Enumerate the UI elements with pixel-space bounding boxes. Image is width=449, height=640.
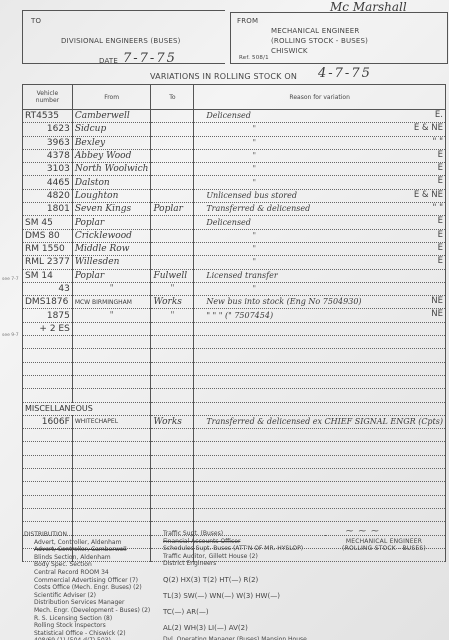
distribution-entry: Central Record ROOM 34 [34,569,150,577]
reason-text: Unlicensed bus stored [206,191,297,200]
cell-reason: Licensed transfer [194,269,446,282]
cell-vehicle-number: 1606F [23,415,73,428]
cell-vehicle-number: SM 45 [23,216,73,229]
cell-reason [194,455,446,468]
cell-to: Poplar [151,203,194,216]
cell-reason [194,402,446,415]
table-row: SM 14PoplarFulwellLicensed transfer [23,269,446,282]
from-box: FROM MECHANICAL ENGINEER (ROLLING STOCK … [230,12,448,64]
cell-to [151,242,194,255]
cell-from: Poplar [72,269,151,282]
table-row: DMS1876MCW BIRMINGHAMWorksNew bus into s… [23,296,446,309]
cell-reason [194,375,446,388]
cell-vehicle-number [23,455,73,468]
table-row: 3963Bexley"" " [23,136,446,149]
distribution-entry: Commercial Advertising Officer (7) [34,577,150,585]
cell-from [72,442,151,455]
distribution-entry: Scientific Adviser (2) [34,592,150,600]
cell-to [151,176,194,189]
cell-from [72,455,151,468]
reason-text: Licensed transfer [206,271,277,280]
variation-code: E [438,150,443,160]
from-line-2: (ROLLING STOCK - BUSES) [271,37,368,45]
table-row [23,482,446,495]
cell-from [72,336,151,349]
cell-from: Middle Row [72,242,151,255]
cell-to [151,256,194,269]
reason-text: Delicensed [206,111,251,120]
variation-code: " " [432,137,443,147]
cell-to [151,229,194,242]
reason-text: " [252,178,256,187]
cell-from [72,495,151,508]
cell-reason [194,442,446,455]
cell-from [72,322,151,335]
variation-code: E [438,230,443,240]
table-row: 4820LoughtonUnlicensed bus storedE & NE [23,189,446,202]
reason-text: Delicensed [206,218,251,227]
table-row: 4465Dalston"E [23,176,446,189]
cell-vehicle-number [23,429,73,442]
cell-from [72,389,151,402]
variation-code: NE [431,309,443,319]
distribution-entry: Financial Accounts Officer [163,538,307,546]
distribution-entry: Advert, Controller, Aldenham [34,539,150,547]
cell-to [151,495,194,508]
cell-vehicle-number: RM 1550 [23,242,73,255]
variation-code: E & NE [414,190,443,200]
variation-code: NE [431,296,443,306]
column-header-reason: Reason for variation [194,85,446,110]
variations-table: Vehicle number From To Reason for variat… [22,84,446,562]
table-row: 1801Seven KingsPoplarTransferred & delic… [23,203,446,216]
variation-code: E [438,256,443,266]
variation-code: E [438,163,443,173]
from-line-3: CHISWICK [271,47,308,55]
cell-from: North Woolwich [72,163,151,176]
section-label: MISCELLANEOUS [23,402,151,415]
cell-reason: "" " [194,136,446,149]
cell-reason [194,389,446,402]
handwritten-note: Mc Marshall [330,0,407,14]
cell-reason [194,322,446,335]
cell-vehicle-number: DMS 80 [23,229,73,242]
cell-vehicle-number: 3103 [23,163,73,176]
table-row: 1623Sidcup"E & NE [23,123,446,136]
table-row [23,429,446,442]
cell-from [72,375,151,388]
cell-to: " [151,282,194,295]
cell-reason: "E [194,242,446,255]
reason-text: " [252,151,256,160]
from-line-1: MECHANICAL ENGINEER [271,27,359,35]
reason-text: Transferred & delicensed [206,204,310,213]
page-title: VARIATIONS IN ROLLING STOCK ON [150,72,297,81]
distribution-entry: R. S. Licensing Section (8) [34,615,150,623]
cell-from: WHITECHAPEL [72,415,151,428]
cell-reason: " " " (" 7507454)NE [194,309,446,322]
cell-to [151,362,194,375]
reason-text: " [252,257,256,266]
distribution-right: Traffic Supt. (Buses)Financial Accounts … [163,530,307,640]
distribution-entry: Costs Office (Mech. Engr. Buses) (2) [34,584,150,592]
district-code-line: TC(—) AR(—) [163,604,307,620]
table-row: 3103North Woolwich"E [23,163,446,176]
cell-vehicle-number [23,508,73,521]
cell-reason [194,495,446,508]
cell-reason [194,362,446,375]
margin-note-1: see 7-7 [2,277,20,282]
cell-reason: DelicensedE [194,216,446,229]
table-row [23,442,446,455]
variation-code: " " [432,203,443,213]
cell-to [151,482,194,495]
cell-to [151,149,194,162]
reason-text: " [252,138,256,147]
cell-from: Dalston [72,176,151,189]
reference: Ref. 508/1 [239,55,269,61]
document-page: TO DIVISIONAL ENGINEERS (BUSES) DATE 7-7… [0,0,449,640]
variation-code: E & NE [414,123,443,133]
cell-from: Sidcup [72,123,151,136]
signature-title-1: MECHANICAL ENGINEER [325,538,443,545]
title-date: 4-7-75 [318,66,372,81]
cell-to [151,469,194,482]
district-code-line: TL(3) SW(—) WN(—) W(3) HW(—) [163,588,307,604]
cell-from: " [72,309,151,322]
cell-vehicle-number: DMS1876 [23,296,73,309]
table-row [23,362,446,375]
cell-to [151,429,194,442]
cell-reason [194,349,446,362]
reason-text: " [252,124,256,133]
reason-text: " [252,231,256,240]
cell-vehicle-number [23,389,73,402]
reason-text: " [252,284,256,293]
cell-to: Fulwell [151,269,194,282]
table-row: + 2 ES [23,322,446,335]
cell-to [151,123,194,136]
cell-vehicle-number: + 2 ES [23,322,73,335]
distribution-entry: Mech. Engr. (Development - Buses) (2) [34,607,150,615]
cell-reason [194,429,446,442]
distribution-entry: Blinds Section, Aldenham [34,554,150,562]
cell-vehicle-number: 3963 [23,136,73,149]
cell-reason: "E [194,176,446,189]
margin-note-2: see 9-7 [2,333,20,338]
cell-from: Seven Kings [72,203,151,216]
reason-text: Transferred & delicensed ex CHIEF SIGNAL… [206,417,443,426]
distribution-entry: Traffic Supt. (Buses) [163,530,307,538]
distribution-title: DISTRIBUTION [24,531,150,539]
distribution-entry: District Engineers [163,560,307,568]
table-row: 1606FWHITECHAPELWorksTransferred & delic… [23,415,446,428]
cell-to [151,402,194,415]
reason-text: " " " (" 7507454) [206,311,273,320]
variation-code: E [438,243,443,253]
cell-vehicle-number [23,469,73,482]
distribution-entry: Statistical Office - Chiswick (2) [34,630,150,638]
table-row: SM 45PoplarDelicensedE [23,216,446,229]
cell-from [72,508,151,521]
column-header-to: To [151,85,194,110]
cell-vehicle-number: RML 2377 [23,256,73,269]
cell-from [72,349,151,362]
table-row: 4378Abbey Wood"E [23,149,446,162]
section-row: MISCELLANEOUS [23,402,446,415]
variation-code: E [438,176,443,186]
table-row [23,508,446,521]
cell-from: " [72,282,151,295]
cell-vehicle-number [23,442,73,455]
cell-from: Poplar [72,216,151,229]
cell-to [151,163,194,176]
cell-reason [194,469,446,482]
cell-from [72,362,151,375]
cell-to [151,322,194,335]
table-row: RT4535CamberwellDelicensedE. [23,110,446,123]
cell-reason: DelicensedE. [194,110,446,123]
date-value: 7-7-75 [123,51,177,66]
distribution-entry: Traffic Auditor, Gillett House (2) [163,553,307,561]
cell-to: Works [151,296,194,309]
cell-vehicle-number [23,482,73,495]
distribution-entry: Advert, Controller, Camberwell [34,546,150,554]
cell-from: Bexley [72,136,151,149]
cell-vehicle-number: RT4535 [23,110,73,123]
cell-to [151,442,194,455]
distribution-entry: Body Spec. Section [34,561,150,569]
cell-to [151,455,194,468]
cell-vehicle-number [23,362,73,375]
cell-to [151,189,194,202]
distribution-entry: Rolling Stock Inspectors [34,622,150,630]
cell-vehicle-number: 1623 [23,123,73,136]
reason-text: " [252,164,256,173]
cell-to [151,336,194,349]
cell-reason: "E [194,229,446,242]
cell-from [72,482,151,495]
district-code-line: Q(2) HX(3) T(2) HT(—) R(2) [163,572,307,588]
distribution-footer: Dvl. Operating Manager (Buses) Mansion H… [163,636,307,640]
cell-vehicle-number: 1801 [23,203,73,216]
cell-vehicle-number: SM 14 [23,269,73,282]
signature-block: ~ ~ ~ MECHANICAL ENGINEER (ROLLING STOCK… [325,535,443,552]
cell-vehicle-number [23,336,73,349]
table-row [23,455,446,468]
table-row [23,336,446,349]
table-row: RM 1550Middle Row"E [23,242,446,255]
table-row: DMS 80Cricklewood"E [23,229,446,242]
signature-title-2: (ROLLING STOCK - BUSES) [325,545,443,552]
table-row: 1875""" " " (" 7507454)NE [23,309,446,322]
variation-code: E [438,216,443,226]
signature-scribble: ~ ~ ~ [345,524,380,537]
distribution-left: DISTRIBUTION Advert, Controller, Aldenha… [24,531,150,640]
cell-from: Cricklewood [72,229,151,242]
table-row [23,375,446,388]
reason-text: New bus into stock (Eng No 7504930) [206,297,361,306]
cell-reason: "E [194,149,446,162]
cell-reason: Transferred & delicensed ex CHIEF SIGNAL… [194,415,446,428]
from-label: FROM [237,17,258,25]
cell-reason: "E [194,256,446,269]
column-header-from: From [72,85,151,110]
cell-from [72,469,151,482]
cell-to [151,110,194,123]
date-label: DATE [99,57,118,65]
cell-vehicle-number: 1875 [23,309,73,322]
cell-reason: Unlicensed bus storedE & NE [194,189,446,202]
table-row: RML 2377Willesden"E [23,256,446,269]
cell-reason [194,482,446,495]
cell-reason: "E [194,163,446,176]
cell-to [151,375,194,388]
cell-to: " [151,309,194,322]
cell-to [151,216,194,229]
distribution-entry: Schedules Supt. Buses (ATT'N OF MR. HYSL… [163,545,307,553]
cell-reason [194,508,446,521]
table-row [23,349,446,362]
cell-vehicle-number [23,495,73,508]
table-row: 43""" [23,282,446,295]
cell-reason [194,336,446,349]
cell-vehicle-number: 4820 [23,189,73,202]
reason-text: " [252,244,256,253]
cell-reason: " [194,282,446,295]
cell-reason: Transferred & delicensed" " [194,203,446,216]
cell-to [151,508,194,521]
district-code-line: AL(2) WH(3) LI(—) AV(2) [163,620,307,636]
cell-vehicle-number [23,375,73,388]
cell-from: Loughton [72,189,151,202]
table-header-row: Vehicle number From To Reason for variat… [23,85,446,110]
column-header-vehicle: Vehicle number [23,85,73,110]
cell-from: Camberwell [72,110,151,123]
cell-vehicle-number: 43 [23,282,73,295]
cell-vehicle-number: 4378 [23,149,73,162]
to-value: DIVISIONAL ENGINEERS (BUSES) [61,37,181,45]
cell-vehicle-number: 4465 [23,176,73,189]
cell-to [151,136,194,149]
table-row [23,389,446,402]
to-label: TO [31,17,41,25]
table-row [23,495,446,508]
cell-to: Works [151,415,194,428]
to-box: TO DIVISIONAL ENGINEERS (BUSES) DATE 7-7… [22,10,225,64]
cell-vehicle-number [23,349,73,362]
distribution-entry: Distribution Services Manager [34,599,150,607]
cell-from: MCW BIRMINGHAM [72,296,151,309]
variation-code: E. [435,110,443,120]
cell-reason: "E & NE [194,123,446,136]
cell-from: Abbey Wood [72,149,151,162]
cell-to [151,389,194,402]
cell-from [72,429,151,442]
table-row [23,469,446,482]
cell-reason: New bus into stock (Eng No 7504930)NE [194,296,446,309]
cell-to [151,349,194,362]
cell-from: Willesden [72,256,151,269]
